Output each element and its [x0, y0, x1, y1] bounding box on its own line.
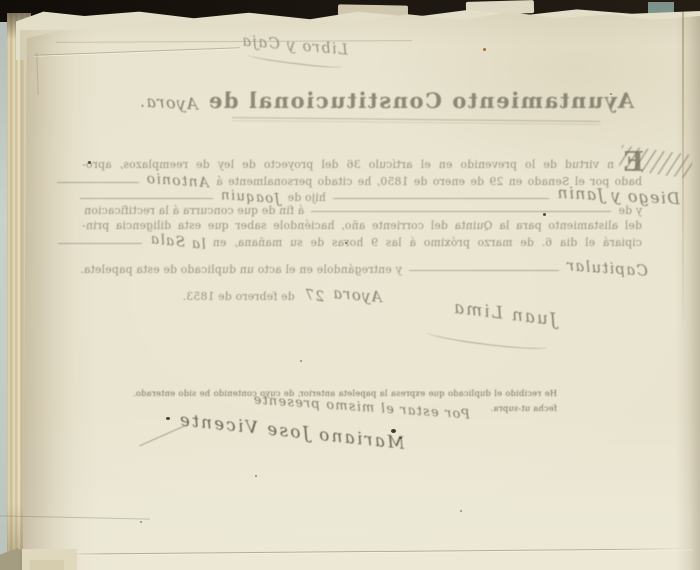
main-page: [20, 0, 700, 570]
page-curl-shadow: [676, 0, 700, 570]
page-edge-line: [682, 12, 684, 322]
paper-stain: [460, 510, 462, 512]
ink-blot: [391, 429, 396, 433]
gutter-shading: [20, 30, 75, 570]
scanned-book-page-photo: Libro y Caja Ayuntamiento Constitucional…: [0, 0, 700, 570]
paper-stain: [255, 475, 257, 477]
ink-blot: [166, 417, 170, 420]
ink-blot: [88, 161, 91, 164]
paper-stain: [345, 242, 347, 244]
paper-stain: [610, 93, 612, 95]
page-corner-step: [30, 560, 64, 570]
paper-stain: [140, 521, 142, 523]
ink-blot: [543, 213, 546, 216]
ink-blot: [399, 437, 402, 439]
paper-stain: [483, 48, 486, 51]
paper-stain: [300, 360, 302, 362]
